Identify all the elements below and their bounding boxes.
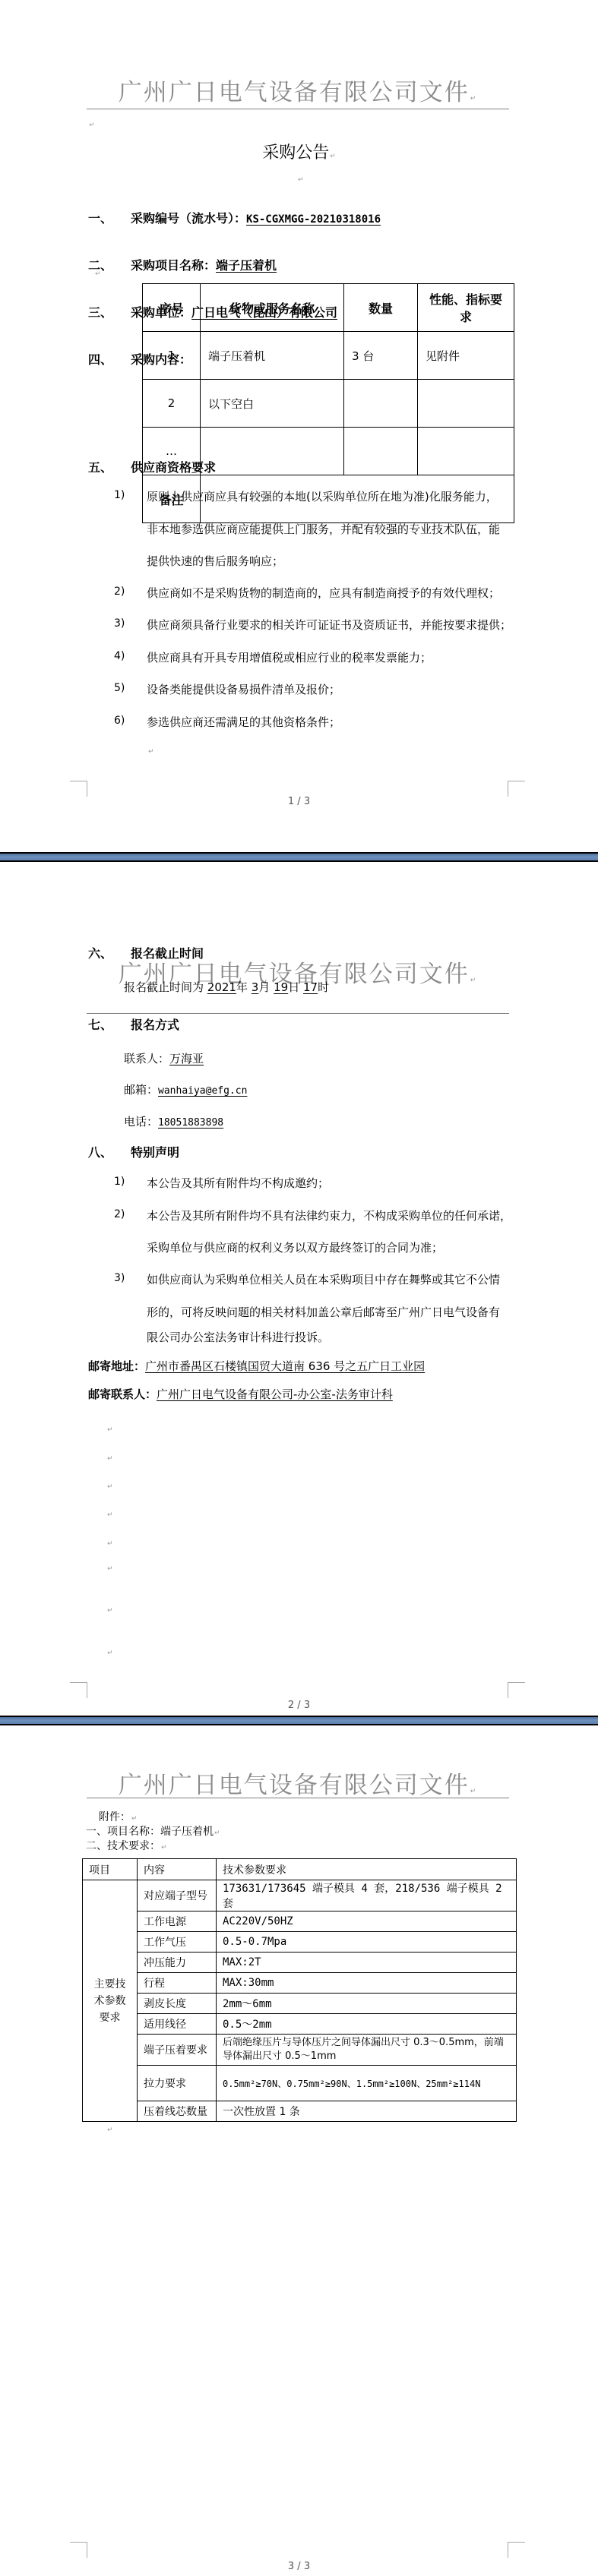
list-item-text: 如供应商认为采购单位相关人员在本采购项目中存在舞弊或其它不公情 [147, 1271, 500, 1287]
cell: 拉力要求 [138, 2066, 217, 2101]
cell: 一次性放置 1 条 [217, 2101, 517, 2122]
margin-corner-mark [508, 781, 525, 797]
cell: MAX:30mm [217, 1973, 517, 1994]
procurement-number: KS-CGXMGG-20210318016 [246, 213, 381, 226]
header-cell: 技术参数要求 [217, 1859, 517, 1880]
cell: 适用线径 [138, 2014, 217, 2035]
page-number: 1 / 3 [0, 796, 598, 807]
table-row: 剥皮长度 2mm～6mm [83, 1994, 517, 2014]
table-row: 拉力要求 0.5mm²≥70N、0.75mm²≥90N、1.5mm²≥100N、… [83, 2066, 517, 2101]
cell [344, 380, 418, 428]
cell: 0.5mm²≥70N、0.75mm²≥90N、1.5mm²≥100N、25mm²… [217, 2066, 517, 2101]
cell: 173631/173645 端子模具 4 套，218/536 端子模具 2 套 [217, 1880, 517, 1911]
cell: 冲压能力 [138, 1953, 217, 1973]
paragraph-mark: ↵ [107, 1483, 113, 1491]
cell: 3 台 [344, 332, 418, 380]
margin-corner-mark [70, 781, 87, 797]
cell: 工作气压 [138, 1932, 217, 1953]
margin-corner-mark [70, 2542, 87, 2558]
cell: 行程 [138, 1973, 217, 1994]
list-number: 1) [114, 1176, 125, 1188]
section-procurement-number: 一、采购编号（流水号）：KS-CGXMGG-20210318016 [88, 209, 381, 226]
cell: AC220V/50HZ [217, 1911, 517, 1932]
tech-spec-table: 项目 内容 技术参数要求 主要技术参数要求 对应端子型号 173631/1736… [82, 1858, 517, 2122]
header-rule [87, 109, 509, 109]
attachment-label: 附件：↵ [99, 1809, 138, 1824]
list-item-text: 采购单位与供应商的权利义务以双方最终签订的合同为准； [147, 1239, 443, 1255]
paragraph-mark: ↵ [298, 176, 304, 184]
section-project-name: 二、采购项目名称：端子压着机 [88, 256, 277, 273]
cell: 剥皮长度 [138, 1994, 217, 2014]
procurement-table: 序号 货物或服务名称 数量 性能、指标要求 1 端子压着机 3 台 见附件 2 … [142, 283, 514, 523]
list-number: 3) [114, 617, 125, 630]
section-registration-method: 七、报名方式 [88, 1015, 179, 1033]
list-item-text: 非本地参选供应商应能提供上门服务，并配有较强的专业技术队伍，能 [147, 521, 500, 537]
cell: 后端绝缘压片与导体压片之间导体漏出尺寸 0.3～0.5mm，前端导体漏出尺寸 0… [217, 2035, 517, 2066]
list-item-text: 供应商具有开具专用增值税或相应行业的税率发票能力； [147, 649, 432, 665]
section-special-statement: 八、特别声明 [88, 1143, 179, 1160]
list-item-text: 形的，可将反映问题的相关材料加盖公章后邮寄至广州广日电气设备有 [147, 1304, 500, 1320]
cell: MAX:2T [217, 1953, 517, 1973]
list-item-text: 本公告及其所有附件均不构成邀约； [147, 1175, 329, 1191]
contact-person: 联系人：万海亚 [124, 1050, 204, 1066]
cell: 端子压着要求 [138, 2035, 217, 2066]
list-item-text: 供应商如不是采购货物的制造商的，应具有制造商授予的有效代理权； [147, 585, 500, 601]
paragraph-mark: ↵ [148, 748, 154, 756]
paragraph-mark: ↵ [107, 1511, 113, 1519]
contact-email: 邮箱：wanhaiya@efg.cn [124, 1081, 247, 1097]
email-link[interactable]: wanhaiya@efg.cn [158, 1085, 247, 1097]
header-rule [87, 1798, 509, 1798]
header-cell: 内容 [138, 1859, 217, 1880]
section-supplier-qualifications: 五、供应商资格要求 [88, 458, 216, 475]
margin-corner-mark [70, 1682, 87, 1698]
table-row: 2 以下空白 [143, 380, 514, 428]
cell: 2 [143, 380, 201, 428]
mail-contact: 邮寄联系人：广州广日电气设备有限公司-办公室-法务审计科 [88, 1386, 393, 1402]
cell: 0.5～2mm [217, 2014, 517, 2035]
list-number: 5) [114, 682, 125, 694]
page-number: 3 / 3 [0, 2561, 598, 2572]
list-item-text: 供应商须具备行业要求的相关许可证证书及资质证书，并能按要求提供； [147, 617, 511, 633]
paragraph-mark: ↵ [89, 122, 95, 129]
attachment-tech-requirements: 二、技术要求：↵ [86, 1838, 167, 1853]
header-rule [87, 1013, 509, 1014]
paragraph-mark: ↵ [107, 1607, 113, 1615]
margin-corner-mark [508, 2542, 525, 2558]
paragraph-mark: ↵ [95, 270, 101, 278]
cell: 见附件 [418, 332, 514, 380]
page-separator [0, 1716, 598, 1725]
paragraph-mark: ↵ [107, 1426, 113, 1434]
table-row: 行程 MAX:30mm [83, 1973, 517, 1994]
cell: 压着线芯数量 [138, 2101, 217, 2122]
table-row: 适用线径 0.5～2mm [83, 2014, 517, 2035]
table-row: 冲压能力 MAX:2T [83, 1953, 517, 1973]
paragraph-mark: ↵ [107, 1540, 113, 1548]
cell: 以下空白 [201, 380, 344, 428]
attachment-project-name: 一、项目名称：端子压着机↵ [86, 1823, 220, 1839]
contact-phone: 电话：18051883898 [124, 1113, 223, 1129]
list-number: 3) [114, 1272, 125, 1284]
list-item-text: 原则上供应商应具有较强的本地(以采购单位所在地为准)化服务能力， [147, 488, 498, 504]
company-header: 广州广日电气设备有限公司文件↵ [87, 1766, 509, 1800]
header-cell: 项目 [83, 1859, 138, 1880]
header-cell: 序号 [143, 284, 201, 332]
company-header: 广州广日电气设备有限公司文件↵ [87, 73, 509, 107]
cell [201, 428, 344, 475]
list-item-text: 提供快速的售后服务响应； [147, 553, 283, 569]
deadline-text: 报名截止时间为 2021年 3月 19日 17时 [124, 979, 329, 995]
list-item-text: 限公司办公室法务审计科进行投诉。 [147, 1329, 329, 1345]
paragraph-mark: ↵ [107, 1565, 113, 1573]
cell [418, 428, 514, 475]
document-title: 采购公告↵ [0, 140, 598, 163]
mail-address: 邮寄地址：广州市番禺区石楼镇国贸大道南 636 号之五广日工业园 [88, 1358, 425, 1374]
list-item-text: 设备类能提供设备易损件清单及报价； [147, 681, 340, 697]
cell: 2mm～6mm [217, 1994, 517, 2014]
list-number: 4) [114, 650, 125, 662]
header-cell: 性能、指标要求 [418, 284, 514, 332]
list-item-text: 参选供应商还需满足的其他资格条件； [147, 714, 340, 730]
header-cell: 数量 [344, 284, 418, 332]
group-label: 主要技术参数要求 [83, 1880, 138, 2122]
table-header-row: 序号 货物或服务名称 数量 性能、指标要求 [143, 284, 514, 332]
page-number: 2 / 3 [0, 1700, 598, 1711]
table-row: 1 端子压着机 3 台 见附件 [143, 332, 514, 380]
paragraph-mark: ↵ [107, 2126, 113, 2134]
page-separator [0, 852, 598, 862]
table-row: 工作电源 AC220V/50HZ [83, 1911, 517, 1932]
cell: 对应端子型号 [138, 1880, 217, 1911]
margin-corner-mark [508, 1682, 525, 1698]
cell: 工作电源 [138, 1911, 217, 1932]
table-row: 工作气压 0.5-0.7Mpa [83, 1932, 517, 1953]
list-number: 1) [114, 489, 125, 501]
section-deadline: 六、报名截止时间 [88, 944, 204, 961]
list-number: 6) [114, 715, 125, 727]
paragraph-mark: ↵ [107, 1455, 113, 1463]
list-number: 2) [114, 586, 125, 598]
table-row: 主要技术参数要求 对应端子型号 173631/173645 端子模具 4 套，2… [83, 1880, 517, 1911]
cell: 0.5-0.7Mpa [217, 1932, 517, 1953]
list-number: 2) [114, 1208, 125, 1220]
table-row: 端子压着要求 后端绝缘压片与导体压片之间导体漏出尺寸 0.3～0.5mm，前端导… [83, 2035, 517, 2066]
cell [344, 428, 418, 475]
list-item-text: 本公告及其所有附件均不具有法律约束力，不构成采购单位的任何承诺， [147, 1207, 511, 1223]
table-header-row: 项目 内容 技术参数要求 [83, 1859, 517, 1880]
cell [418, 380, 514, 428]
cell: 端子压着机 [201, 332, 344, 380]
cell: 1 [143, 332, 201, 380]
header-cell: 货物或服务名称 [201, 284, 344, 332]
table-row: 压着线芯数量 一次性放置 1 条 [83, 2101, 517, 2122]
paragraph-mark: ↵ [107, 1649, 113, 1657]
project-name: 端子压着机 [216, 258, 277, 273]
